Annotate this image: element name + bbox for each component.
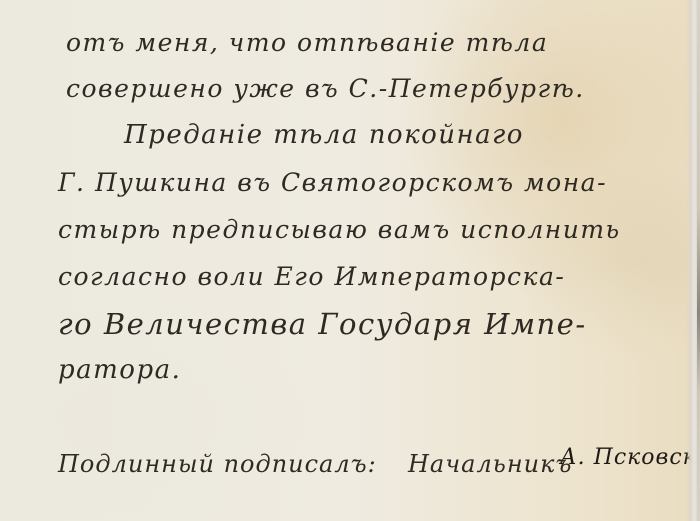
text-line-7: го Величества Государя Импе- [58,310,587,339]
text-line-6: согласно воли Его Императорска- [58,264,565,289]
text-line-8: ратора. [58,357,181,383]
signature-name: А. Псковскій [560,447,700,469]
text-line-2: совершено уже въ С.-Петербургѣ. [66,76,585,101]
text-line-5: стырѣ предписываю вамъ исполнить [58,217,621,242]
text-line-4: Г. Пушкина въ Святогорскомъ мона- [58,170,607,195]
text-line-1: отъ меня, что отпѣваніе тѣла [66,30,548,55]
document-page: отъ меня, что отпѣваніе тѣла совершено у… [0,0,700,521]
text-line-3: Преданіе тѣла покойнаго [124,122,524,148]
signature-prefix: Подлинный подписалъ: [58,452,377,476]
signature-title: Начальникъ [408,452,572,476]
